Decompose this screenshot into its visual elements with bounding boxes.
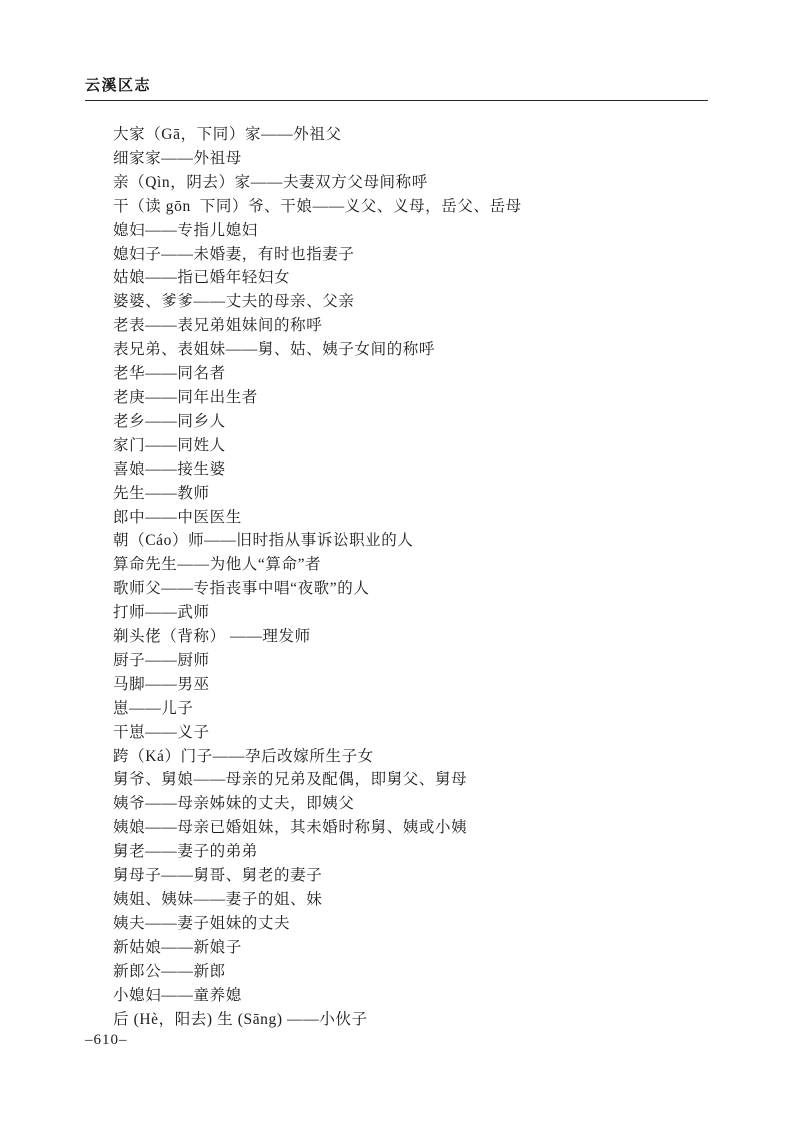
entry-line: 喜娘——接生婆 [113,458,723,482]
entry-line: 姨娘——母亲已婚姐妹，其未婚时称舅、姨或小姨 [113,816,723,840]
entry-line: 新郎公——新郎 [113,960,723,984]
entry-line: 表兄弟、表姐妹——舅、姑、姨子女间的称呼 [113,338,723,362]
entry-line: 马脚——男巫 [113,673,723,697]
entry-line: 算命先生——为他人“算命”者 [113,553,723,577]
entry-line: 媳妇——专指儿媳妇 [113,219,723,243]
entry-line: 跨（Ká）门子——孕后改嫁所生子女 [113,745,723,769]
page-number: –610– [85,1032,128,1049]
entry-line: 姨姐、姨妹——妻子的姐、妹 [113,888,723,912]
entry-line: 媳妇子——未婚妻，有时也指妻子 [113,243,723,267]
entry-line: 崽——儿子 [113,697,723,721]
entry-line: 剃头佬（背称） ——理发师 [113,625,723,649]
entry-line: 舅母子——舅哥、舅老的妻子 [113,864,723,888]
header-rule-divider [85,100,708,101]
entry-line: 先生——教师 [113,482,723,506]
entry-line: 后 (Hè，阳去) 生 (Sāng) ——小伙子 [113,1008,723,1032]
entry-line: 舅老——妻子的弟弟 [113,840,723,864]
entry-line: 干崽——义子 [113,721,723,745]
entry-line: 婆婆、爹爹——丈夫的母亲、父亲 [113,290,723,314]
entry-line: 姑娘——指已婚年轻妇女 [113,266,723,290]
entry-line: 歌师父——专指丧事中唱“夜歌”的人 [113,577,723,601]
entry-line: 新姑娘——新娘子 [113,936,723,960]
document-page: 云溪区志 大家（Gā，下同）家——外祖父细家家——外祖母亲（Qìn，阴去）家——… [0,0,793,1122]
entry-line: 干（读 gōn 下同）爷、干娘——义父、义母，岳父、岳母 [113,195,723,219]
entry-line: 老乡——同乡人 [113,410,723,434]
entry-line: 朝（Cáo）师——旧时指从事诉讼职业的人 [113,529,723,553]
entry-line: 郎中——中医医生 [113,506,723,530]
entry-line: 大家（Gā，下同）家——外祖父 [113,123,723,147]
entry-line: 细家家——外祖母 [113,147,723,171]
entry-line: 舅爷、舅娘——母亲的兄弟及配偶，即舅父、舅母 [113,768,723,792]
entry-line: 亲（Qìn，阴去）家——夫妻双方父母间称呼 [113,171,723,195]
running-header-title: 云溪区志 [85,74,151,95]
entry-line: 厨子——厨师 [113,649,723,673]
entry-line: 姨夫——妻子姐妹的丈夫 [113,912,723,936]
entry-line: 小媳妇——童养媳 [113,984,723,1008]
entry-line: 打师——武师 [113,601,723,625]
entry-line: 姨爷——母亲姊妹的丈夫，即姨父 [113,792,723,816]
entry-line: 老华——同名者 [113,362,723,386]
entry-list: 大家（Gā，下同）家——外祖父细家家——外祖母亲（Qìn，阴去）家——夫妻双方父… [113,123,723,1031]
entry-line: 家门——同姓人 [113,434,723,458]
entry-line: 老表——表兄弟姐妹间的称呼 [113,314,723,338]
entry-line: 老庚——同年出生者 [113,386,723,410]
